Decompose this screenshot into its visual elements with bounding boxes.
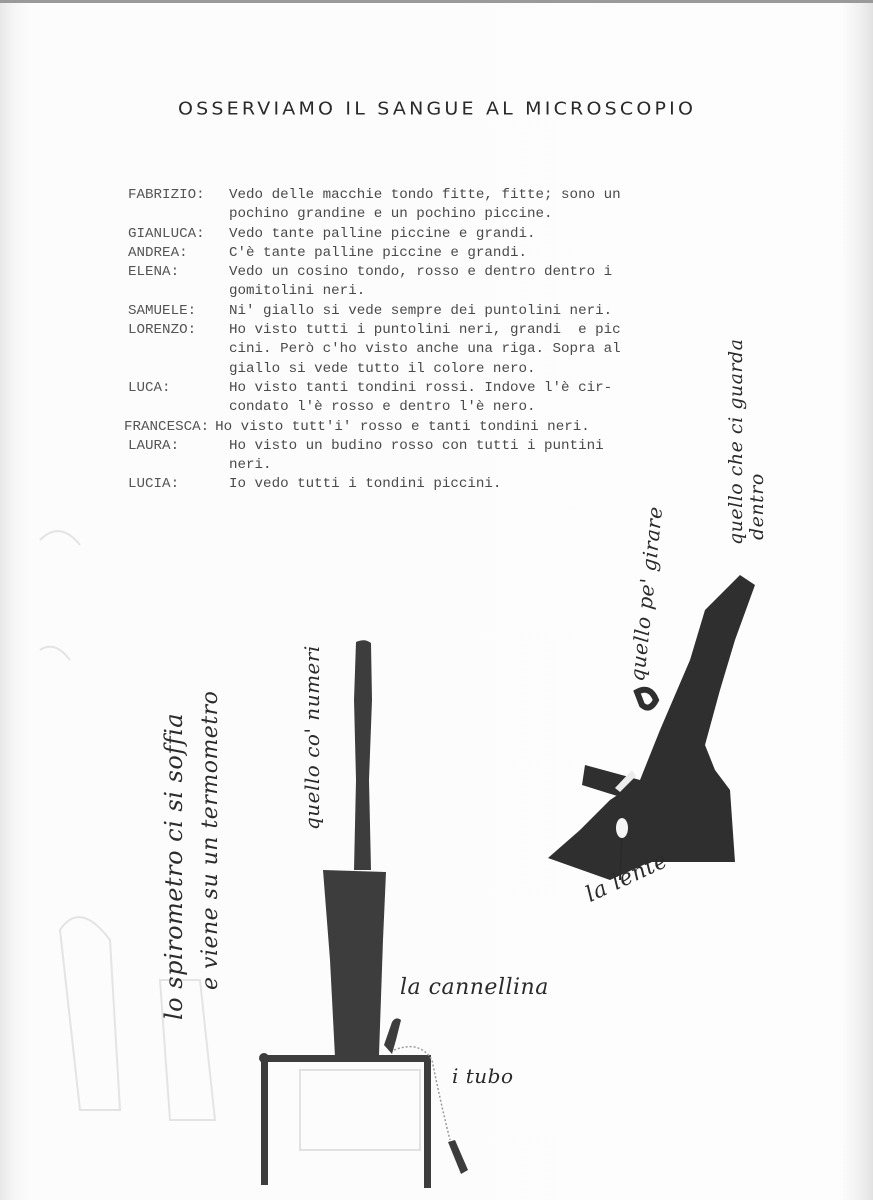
spirometer-base-sketch: [300, 1070, 420, 1150]
drawings-canvas: [0, 0, 873, 1200]
spirometer-drawing: [259, 640, 468, 1188]
spirometer-label-line2: e viene su un termometro: [198, 691, 223, 990]
scanned-page: OSSERVIAMO IL SANGUE AL MICROSCOPIO FABR…: [0, 0, 873, 1200]
label-numbers: quello co' numeri: [300, 645, 324, 830]
microscope-lens-highlight: [616, 818, 628, 838]
spirometer-label-line1: lo spirometro ci si soffia: [160, 713, 188, 1020]
label-valve: la cannellina: [400, 975, 549, 1000]
faint-sketch: [40, 531, 215, 1120]
label-tube: i tubo: [452, 1064, 514, 1088]
label-eyepiece-1: quello che ci guarda: [725, 339, 747, 546]
label-eyepiece-2: dentro: [746, 473, 768, 540]
